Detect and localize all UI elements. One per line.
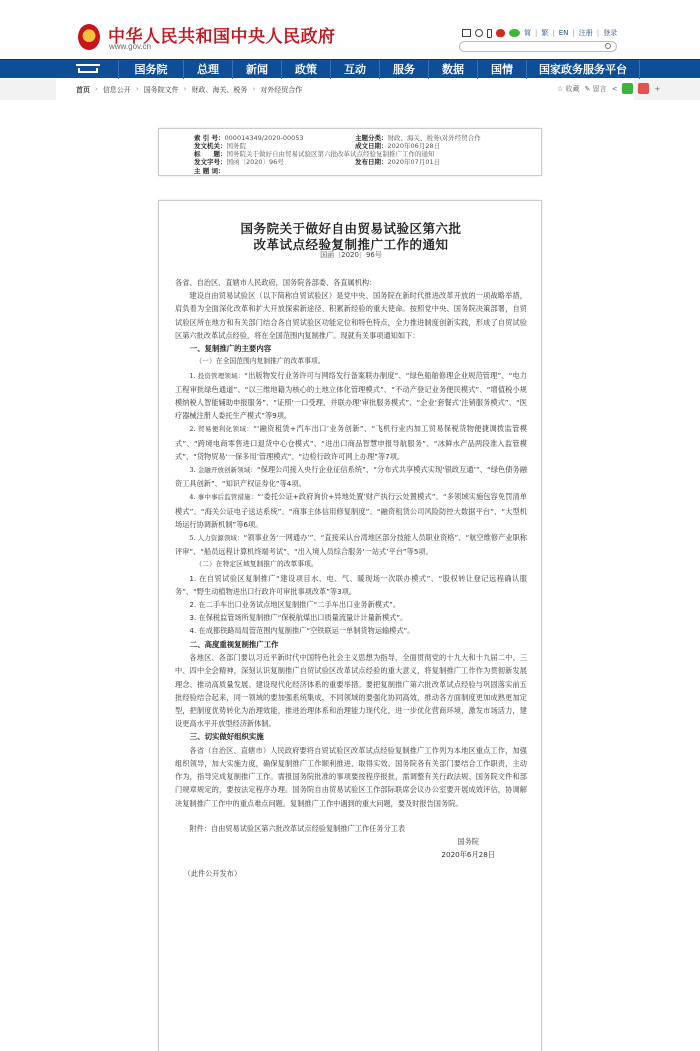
- item-2-4: 4. 在成都铁路局局管范围内复制推广“空铁联运一单制货物运输模式”。: [175, 624, 527, 637]
- signer: 国务院: [175, 835, 527, 848]
- search-input[interactable]: [459, 41, 617, 52]
- item-1-2: 2. 贸易便利化领域：“‘融资租赁+汽车出口’业务创新”、“飞机行业内加工贸易保…: [175, 422, 527, 463]
- breadcrumb-finance-customs-tax[interactable]: 财政、海关、税务: [191, 85, 247, 95]
- nav-item-2[interactable]: 新闻: [233, 60, 282, 79]
- national-emblem-logo[interactable]: [78, 24, 100, 50]
- weibo-icon[interactable]: [496, 29, 505, 37]
- addressee: 各省、自治区、直辖市人民政府，国务院各部委、各直属机构：: [175, 276, 527, 289]
- wechat-share-icon[interactable]: [622, 83, 633, 94]
- link-english[interactable]: EN: [559, 29, 569, 37]
- breadcrumb-foreign-trade[interactable]: 对外经贸合作: [260, 85, 302, 95]
- share-bar: ☆ 收藏 ✎ 留言 < +: [557, 83, 660, 94]
- wechat-icon[interactable]: [509, 29, 520, 37]
- separator: |: [535, 29, 537, 37]
- publish-date-row: 发布日期：2020年07月01日: [355, 157, 440, 166]
- doc-number-row: 发文字号：国函〔2020〕96号: [194, 157, 284, 166]
- nav-item-4[interactable]: 互动: [331, 60, 380, 79]
- sign-date: 2020年6月28日: [175, 848, 527, 861]
- section-2-paragraph: 各地区、各部门要以习近平新时代中国特色社会主义思想为指导，全面贯彻党的十九大和十…: [175, 651, 527, 730]
- breadcrumb-info-public[interactable]: 信息公开: [103, 85, 131, 95]
- nav-item-5[interactable]: 服务: [380, 60, 429, 79]
- chat-icon[interactable]: [475, 29, 483, 37]
- subsection-1-heading: （一）在全国范围内复制推广的改革事项。: [175, 355, 527, 368]
- search-icon[interactable]: [605, 43, 611, 49]
- chevron-right-icon: ›: [95, 85, 98, 95]
- subsection-2-heading: （二）在特定区域复制推广的改革事项。: [175, 558, 527, 571]
- section-3-heading: 三、切实做好组织实施: [175, 730, 527, 743]
- chevron-right-icon: ›: [184, 85, 187, 95]
- attachment-link[interactable]: 附件：自由贸易试验区第六批改革试点经验复制推广工作任务分工表: [175, 822, 527, 835]
- document-body-box: 国务院关于做好自由贸易试验区第六批 改革试点经验复制推广工作的通知 国函〔202…: [158, 200, 542, 1051]
- favorite-button[interactable]: ☆ 收藏: [557, 84, 580, 94]
- separator: |: [552, 29, 554, 37]
- nav-item-6[interactable]: 数据: [429, 60, 478, 79]
- breadcrumb: 首页 › 信息公开 › 国务院文件 › 财政、海关、税务 › 对外经贸合作: [76, 85, 302, 95]
- item-1-4: 4. 事中事后监管措施：“‘委托公证+政府询价+异地处置’财产执行云处置模式”、…: [175, 490, 527, 531]
- site-url: www.gov.cn: [109, 42, 151, 51]
- share-icon[interactable]: <: [612, 85, 618, 93]
- document-metadata-box: 索 引 号：000014349/2020-00053 主题分类：财政、海关、税务…: [158, 128, 542, 176]
- section-3-paragraph: 各省（自治区、直辖市）人民政府要将自贸试验区改革试点经验复制推广工作列为本地区重…: [175, 744, 527, 810]
- mobile-icon[interactable]: [487, 29, 492, 38]
- chevron-right-icon: ›: [252, 85, 255, 95]
- link-register[interactable]: 注册: [579, 28, 593, 38]
- breadcrumb-state-council-docs[interactable]: 国务院文件: [144, 85, 179, 95]
- nav-item-3[interactable]: 政策: [282, 60, 331, 79]
- site-header: 中华人民共和国中央人民政府 www.gov.cn 简 | 繁 | EN | 注册…: [0, 0, 700, 58]
- chevron-right-icon: ›: [136, 85, 139, 95]
- item-2-3: 3. 在保税监管场所复制推广“保税航煤出口质量流量计计量新模式”。: [175, 611, 527, 624]
- link-traditional[interactable]: 繁: [541, 28, 548, 38]
- nav-item-0[interactable]: 国务院: [119, 60, 184, 79]
- separator: |: [597, 29, 599, 37]
- nav-item-8[interactable]: 国家政务服务平台: [527, 60, 640, 79]
- nav-home-tiananmen-icon[interactable]: [56, 60, 119, 79]
- item-2-2: 2. 在二手车出口业务试点地区复制推广“二手车出口业务新模式”。: [175, 598, 527, 611]
- item-1-3: 3. 金融开放创新领域：“保理公司接入央行企业征信系统”、“分布式共享模式实现‘…: [175, 463, 527, 490]
- link-simplified[interactable]: 简: [524, 28, 531, 38]
- keywords-row: 主 题 词：: [194, 166, 225, 175]
- weibo-share-icon[interactable]: [638, 83, 649, 94]
- nav-item-1[interactable]: 总理: [184, 60, 233, 79]
- top-links: 简 | 繁 | EN | 注册 | 登录: [462, 27, 617, 39]
- intro-paragraph: 建设自由贸易试验区（以下简称自贸试验区）是党中央、国务院在新时代推进改革开放的一…: [175, 289, 527, 342]
- item-1-1: 1. 投资管理领域：“出版物发行业务许可与网络发行备案联办制度”、“绿色船舶修理…: [175, 369, 527, 423]
- comment-button[interactable]: ✎ 留言: [585, 84, 607, 94]
- more-share-button[interactable]: +: [654, 85, 660, 93]
- item-1-5: 5. 人力资源领域：“领事业务‘一网通办’”、“直接采认台湾地区部分技能人员职业…: [175, 531, 527, 558]
- breadcrumb-bar: 首页 › 信息公开 › 国务院文件 › 财政、海关、税务 › 对外经贸合作 ☆ …: [0, 79, 700, 100]
- document-number: 国函〔2020〕96号: [159, 250, 543, 260]
- nav-item-7[interactable]: 国情: [478, 60, 527, 79]
- link-login[interactable]: 登录: [603, 28, 617, 38]
- document-text: 各省、自治区、直辖市人民政府，国务院各部委、各直属机构： 建设自由贸易试验区（以…: [175, 276, 527, 881]
- breadcrumb-home[interactable]: 首页: [76, 85, 90, 95]
- mail-icon[interactable]: [462, 29, 471, 37]
- section-1-heading: 一、复制推广的主要内容: [175, 342, 527, 355]
- item-2-1: 1. 在自贸试验区复制推广“建设项目水、电、气、暖现场一次联办模式”、“股权转让…: [175, 572, 527, 598]
- separator: |: [572, 29, 574, 37]
- main-nav: 国务院总理新闻政策互动服务数据国情国家政务服务平台: [0, 59, 700, 78]
- public-note: （此件公开发布）: [175, 867, 527, 880]
- section-2-heading: 二、高度重视复制推广工作: [175, 638, 527, 651]
